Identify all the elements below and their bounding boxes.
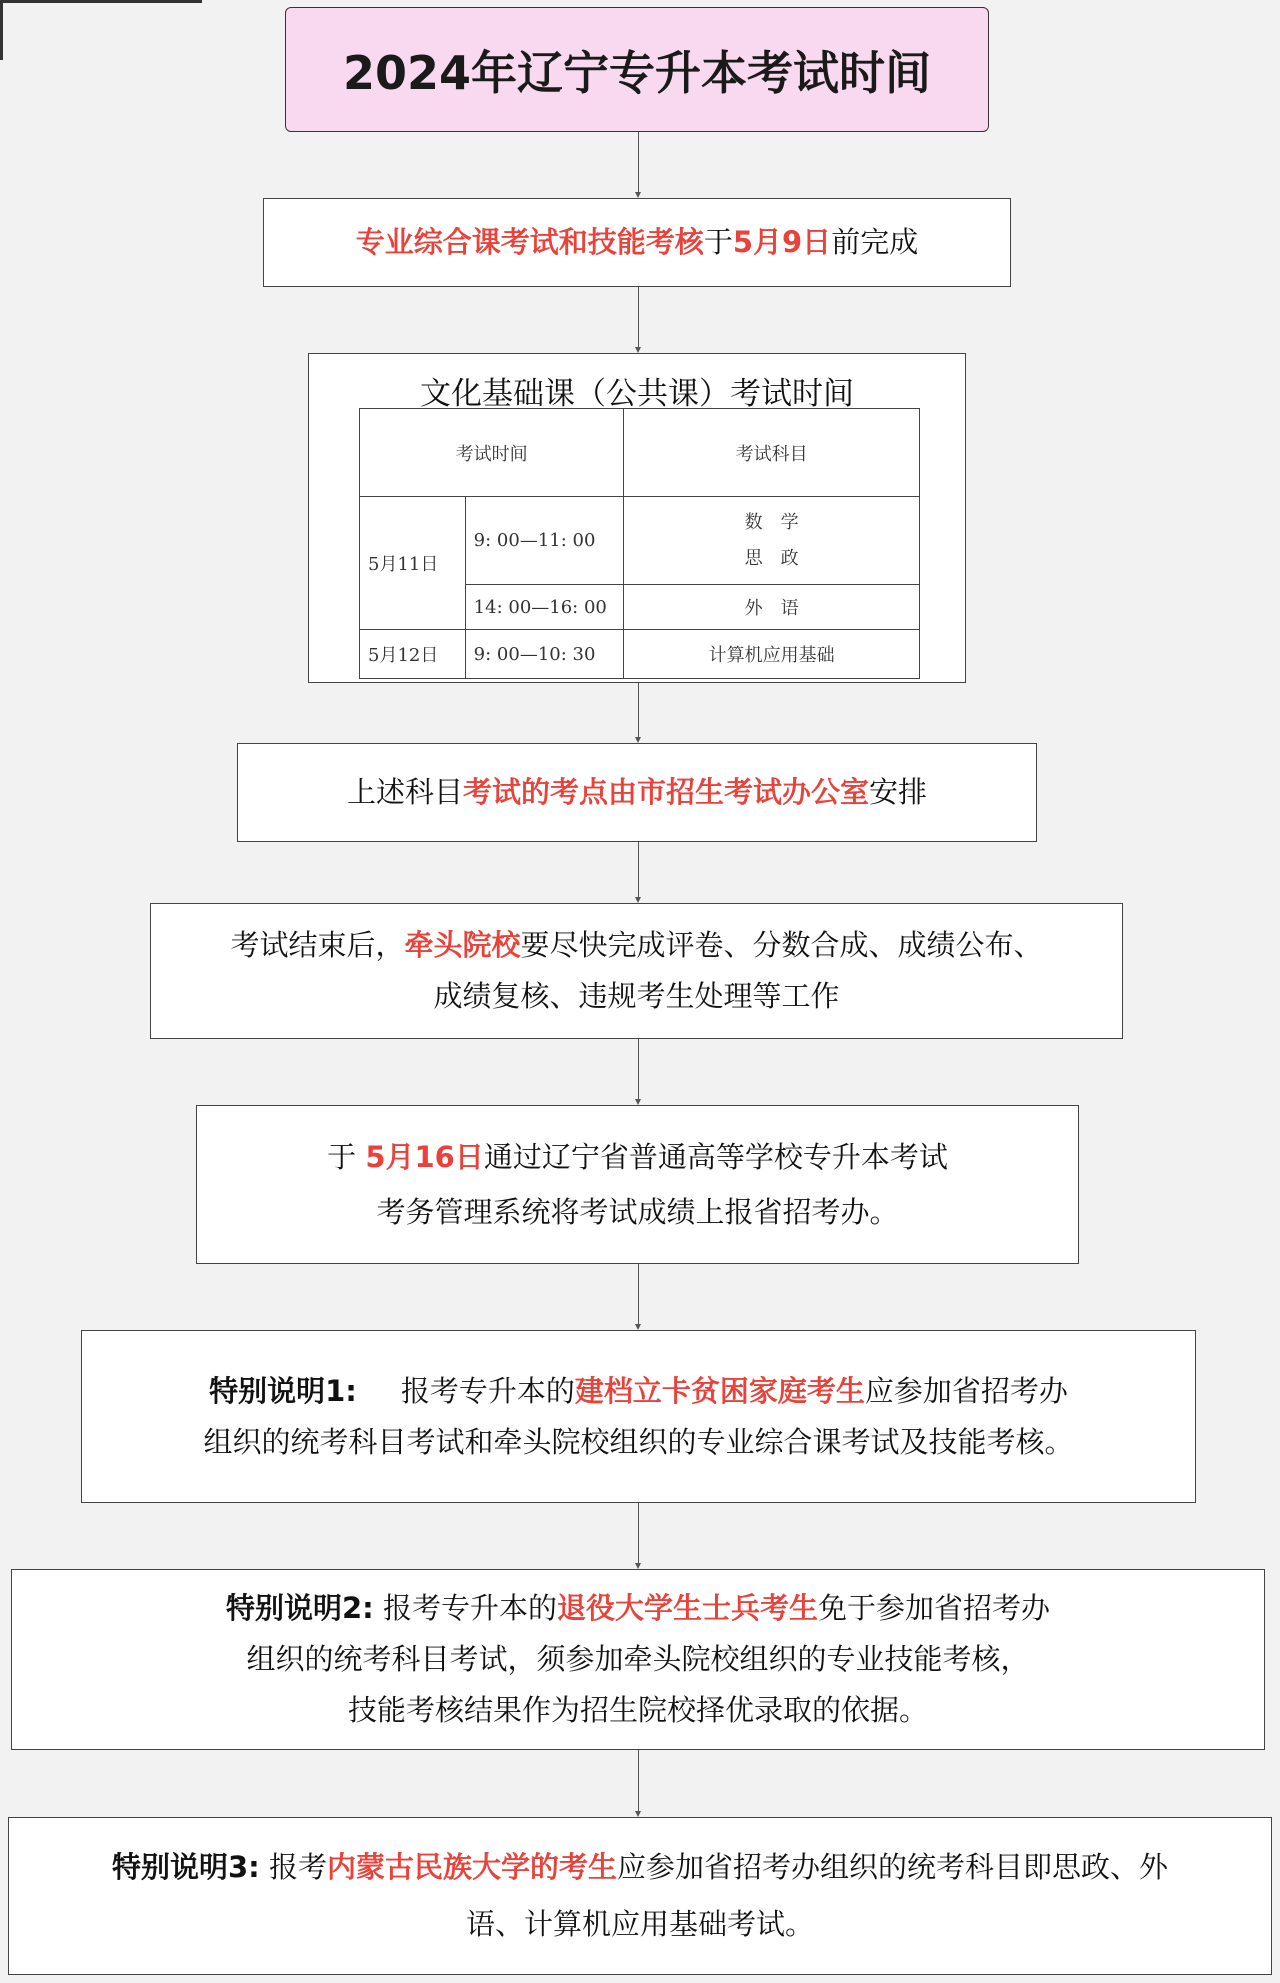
header-subject: 考试科目 (624, 409, 920, 497)
special-note-1: 特别说明1:报考专升本的建档立卡贫困家庭考生应参加省招考办 组织的统考科目考试和… (81, 1330, 1196, 1503)
step-text-line2: 考务管理系统将考试成绩上报省招考办。 (376, 1185, 898, 1240)
connector-2 (638, 287, 639, 347)
text: 免于参加省招考办 (818, 1591, 1050, 1625)
table-header-row: 考试时间 考试科目 (360, 409, 920, 497)
step-text-line2: 成绩复核、违规考生处理等工作 (433, 971, 839, 1022)
highlight-text: 建档立卡贫困家庭考生 (575, 1374, 865, 1408)
connector-5 (638, 1039, 639, 1099)
note-line2: 组织的统考科目考试和牵头院校组织的专业综合课考试及技能考核。 (203, 1417, 1073, 1468)
note-label: 特别说明2: (226, 1591, 374, 1625)
text: 报考 (260, 1850, 327, 1884)
text: 应参加省招考办组织的统考科目即思政、外 (617, 1850, 1168, 1884)
date-cell: 5月11日 (360, 497, 466, 630)
schedule-box: 文化基础课（公共课）考试时间 考试时间 考试科目 5月11日 9: 00—11:… (308, 353, 966, 683)
step-professional-exam: 专业综合课考试和技能考核于5月9日前完成 (263, 198, 1011, 287)
subject-cell: 计算机应用基础 (624, 630, 920, 679)
note-line1: 特别说明1:报考专升本的建档立卡贫困家庭考生应参加省招考办 (209, 1366, 1068, 1417)
corner-border-left (0, 0, 3, 60)
page-title: 2024年辽宁专升本考试时间 (343, 37, 931, 103)
highlight-text: 专业综合课考试和技能考核 (356, 225, 704, 259)
text: 上述科目 (347, 775, 463, 809)
note-line1: 特别说明2: 报考专升本的退役大学生士兵考生免于参加省招考办 (226, 1583, 1050, 1634)
table-row: 5月11日 9: 00—11: 00 数学 思政 (360, 497, 920, 585)
time-cell: 14: 00—16: 00 (465, 585, 623, 630)
note-label: 特别说明3: (112, 1850, 260, 1884)
highlight-text: 内蒙古民族大学的考生 (327, 1850, 617, 1884)
schedule-title: 文化基础课（公共课）考试时间 (309, 368, 965, 413)
step-exam-venue: 上述科目考试的考点由市招生考试办公室安排 (237, 743, 1037, 842)
step-text: 上述科目考试的考点由市招生考试办公室安排 (347, 767, 927, 818)
table-row: 5月12日 9: 00—10: 30 计算机应用基础 (360, 630, 920, 679)
text: 通过辽宁省普通高等学校专升本考试 (484, 1140, 948, 1174)
step-text: 专业综合课考试和技能考核于5月9日前完成 (356, 217, 918, 268)
step-score-report: 于 5月16日通过辽宁省普通高等学校专升本考试 考务管理系统将考试成绩上报省招考… (196, 1105, 1079, 1264)
text: 应参加省招考办 (865, 1374, 1068, 1408)
date-cell: 5月12日 (360, 630, 466, 679)
connector-7 (638, 1503, 639, 1563)
note-line2: 组织的统考科目考试，须参加牵头院校组织的专业技能考核， (246, 1634, 1029, 1685)
text: 安排 (869, 775, 927, 809)
highlight-date: 5月16日 (365, 1140, 484, 1174)
connector-1 (638, 132, 639, 192)
highlight-date: 5月9日 (733, 225, 831, 259)
text: 报考专升本的 (401, 1374, 575, 1408)
subject-cell: 外语 (624, 585, 920, 630)
step-grading: 考试结束后，牵头院校要尽快完成评卷、分数合成、成绩公布、 成绩复核、违规考生处理… (150, 903, 1123, 1039)
note-line3: 技能考核结果作为招生院校择优录取的依据。 (348, 1685, 928, 1736)
special-note-2: 特别说明2: 报考专升本的退役大学生士兵考生免于参加省招考办 组织的统考科目考试… (11, 1569, 1265, 1750)
text: 考试结束后， (230, 928, 404, 962)
highlight-text: 考试的考点由市招生考试办公室 (463, 775, 869, 809)
time-cell: 9: 00—10: 30 (465, 630, 623, 679)
step-text-line1: 考试结束后，牵头院校要尽快完成评卷、分数合成、成绩公布、 (230, 920, 1042, 971)
note-line1: 特别说明3: 报考内蒙古民族大学的考生应参加省招考办组织的统考科目即思政、外 (112, 1839, 1168, 1896)
text: 报考专升本的 (374, 1591, 557, 1625)
subject: 思政 (624, 541, 919, 577)
text: 要尽快完成评卷、分数合成、成绩公布、 (521, 928, 1043, 962)
text: 前完成 (831, 225, 918, 259)
subject: 数学 (624, 505, 919, 541)
connector-6 (638, 1264, 639, 1324)
text: 于 (327, 1140, 356, 1174)
special-note-3: 特别说明3: 报考内蒙古民族大学的考生应参加省招考办组织的统考科目即思政、外 语… (8, 1817, 1272, 1975)
note-line2: 语、计算机应用基础考试。 (466, 1896, 814, 1953)
title-box: 2024年辽宁专升本考试时间 (285, 7, 989, 132)
connector-4 (638, 842, 639, 897)
schedule-table: 考试时间 考试科目 5月11日 9: 00—11: 00 数学 思政 14: 0… (359, 408, 920, 679)
highlight-text: 牵头院校 (404, 928, 520, 962)
subject-cell: 数学 思政 (624, 497, 920, 585)
step-text-line1: 于 5月16日通过辽宁省普通高等学校专升本考试 (327, 1130, 948, 1185)
highlight-text: 退役大学生士兵考生 (557, 1591, 818, 1625)
corner-border-top (0, 0, 202, 3)
note-label: 特别说明1: (209, 1374, 357, 1408)
time-cell: 9: 00—11: 00 (465, 497, 623, 585)
connector-8 (638, 1750, 639, 1811)
header-time: 考试时间 (360, 409, 624, 497)
text: 于 (704, 225, 733, 259)
connector-3 (638, 683, 639, 737)
